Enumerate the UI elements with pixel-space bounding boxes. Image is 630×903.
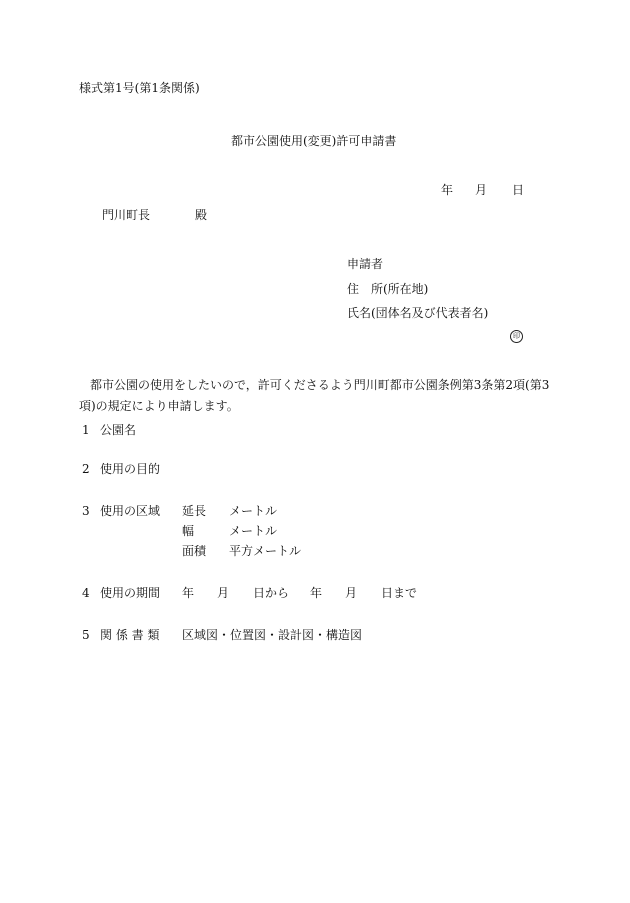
item-3-label: 使用の区域 xyxy=(100,503,160,519)
item-4-label: 使用の期間 xyxy=(100,585,160,601)
document-title: 都市公園使用(変更)許可申請書 xyxy=(231,133,396,149)
period-end-year: 年 xyxy=(310,585,322,601)
item-1-label: 公園名 xyxy=(100,422,136,438)
area-size-key: 面積 xyxy=(182,543,206,559)
period-end-month: 月 xyxy=(345,585,357,601)
period-start-year: 年 xyxy=(182,585,194,601)
area-width-key: 幅 xyxy=(182,523,194,539)
item-5-label: 関 係 書 類 xyxy=(100,627,159,643)
addressee-name: 門川町長 xyxy=(102,207,150,223)
item-1-num: 1 xyxy=(82,422,90,438)
seal-mark-icon: 印 xyxy=(510,330,523,343)
area-width-unit: メートル xyxy=(229,523,277,539)
date-day: 日 xyxy=(512,182,524,198)
date-year: 年 xyxy=(441,182,453,198)
item-5-value: 区域図・位置図・設計図・構造図 xyxy=(182,627,362,643)
item-2-label: 使用の目的 xyxy=(100,461,160,477)
period-end-day: 日まで xyxy=(381,585,417,601)
applicant-address-label: 住 所(所在地) xyxy=(347,281,428,297)
item-3-num: 3 xyxy=(82,503,90,519)
period-start-month: 月 xyxy=(217,585,229,601)
body-text-line1: 都市公園の使用をしたいので，許可くださるよう門川町都市公園条例第3条第2項(第3 xyxy=(90,377,549,393)
body-text-line2: 項)の規定により申請します。 xyxy=(79,398,239,414)
area-size-unit: 平方メートル xyxy=(229,543,301,559)
area-length-key: 延長 xyxy=(182,503,206,519)
item-5-num: 5 xyxy=(82,627,90,643)
form-number: 様式第1号(第1条関係) xyxy=(79,80,200,96)
applicant-label: 申請者 xyxy=(347,256,383,272)
addressee-honorific: 殿 xyxy=(195,207,207,223)
period-start-day: 日から xyxy=(253,585,289,601)
item-2-num: 2 xyxy=(82,461,90,477)
date-month: 月 xyxy=(475,182,487,198)
applicant-name-label: 氏名(団体名及び代表者名) xyxy=(347,305,488,321)
item-4-num: 4 xyxy=(82,585,90,601)
area-length-unit: メートル xyxy=(229,503,277,519)
